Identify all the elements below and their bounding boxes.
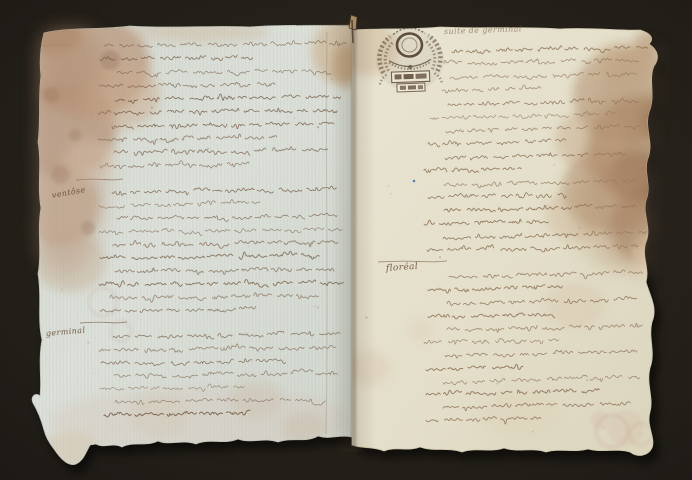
photo-stage: suite de germinal ventôse germinal floré… bbox=[0, 0, 692, 480]
foxing-speck bbox=[236, 82, 237, 83]
foxing-speck bbox=[87, 341, 89, 343]
foxing-speck bbox=[314, 306, 316, 308]
foxing-speck bbox=[61, 288, 62, 289]
foxing-speck bbox=[549, 154, 550, 155]
foxing-speck bbox=[248, 246, 249, 247]
foxing-speck bbox=[479, 361, 480, 362]
foxing-speck bbox=[214, 57, 216, 59]
binding-thread bbox=[352, 20, 353, 43]
foxing-speck bbox=[484, 340, 486, 342]
foxing-speck bbox=[152, 268, 154, 270]
foxing-speck bbox=[603, 428, 604, 429]
spine-gutter bbox=[330, 22, 376, 452]
foxing-speck bbox=[387, 185, 389, 187]
foxing-speck bbox=[294, 117, 296, 119]
foxing-speck bbox=[586, 379, 588, 381]
foxing-speck bbox=[207, 148, 209, 150]
foxing-speck bbox=[317, 126, 319, 128]
foxing-speck bbox=[317, 307, 319, 309]
manuscript-photo bbox=[0, 0, 692, 480]
foxing-speck bbox=[439, 256, 441, 258]
foxing-speck bbox=[416, 129, 417, 130]
foxing-speck bbox=[532, 431, 533, 432]
foxing-speck bbox=[520, 234, 522, 236]
foxing-speck bbox=[244, 332, 245, 333]
foxing-speck bbox=[365, 317, 367, 319]
foxing-speck bbox=[92, 373, 93, 374]
blue-ink-blot bbox=[413, 180, 416, 183]
foxing-speck bbox=[321, 132, 322, 133]
foxing-speck bbox=[331, 79, 333, 81]
foxing-speck bbox=[547, 205, 548, 206]
foxing-speck bbox=[553, 164, 555, 166]
foxing-speck bbox=[151, 107, 153, 109]
foxing-speck bbox=[390, 193, 392, 195]
foxing-speck bbox=[496, 383, 498, 385]
